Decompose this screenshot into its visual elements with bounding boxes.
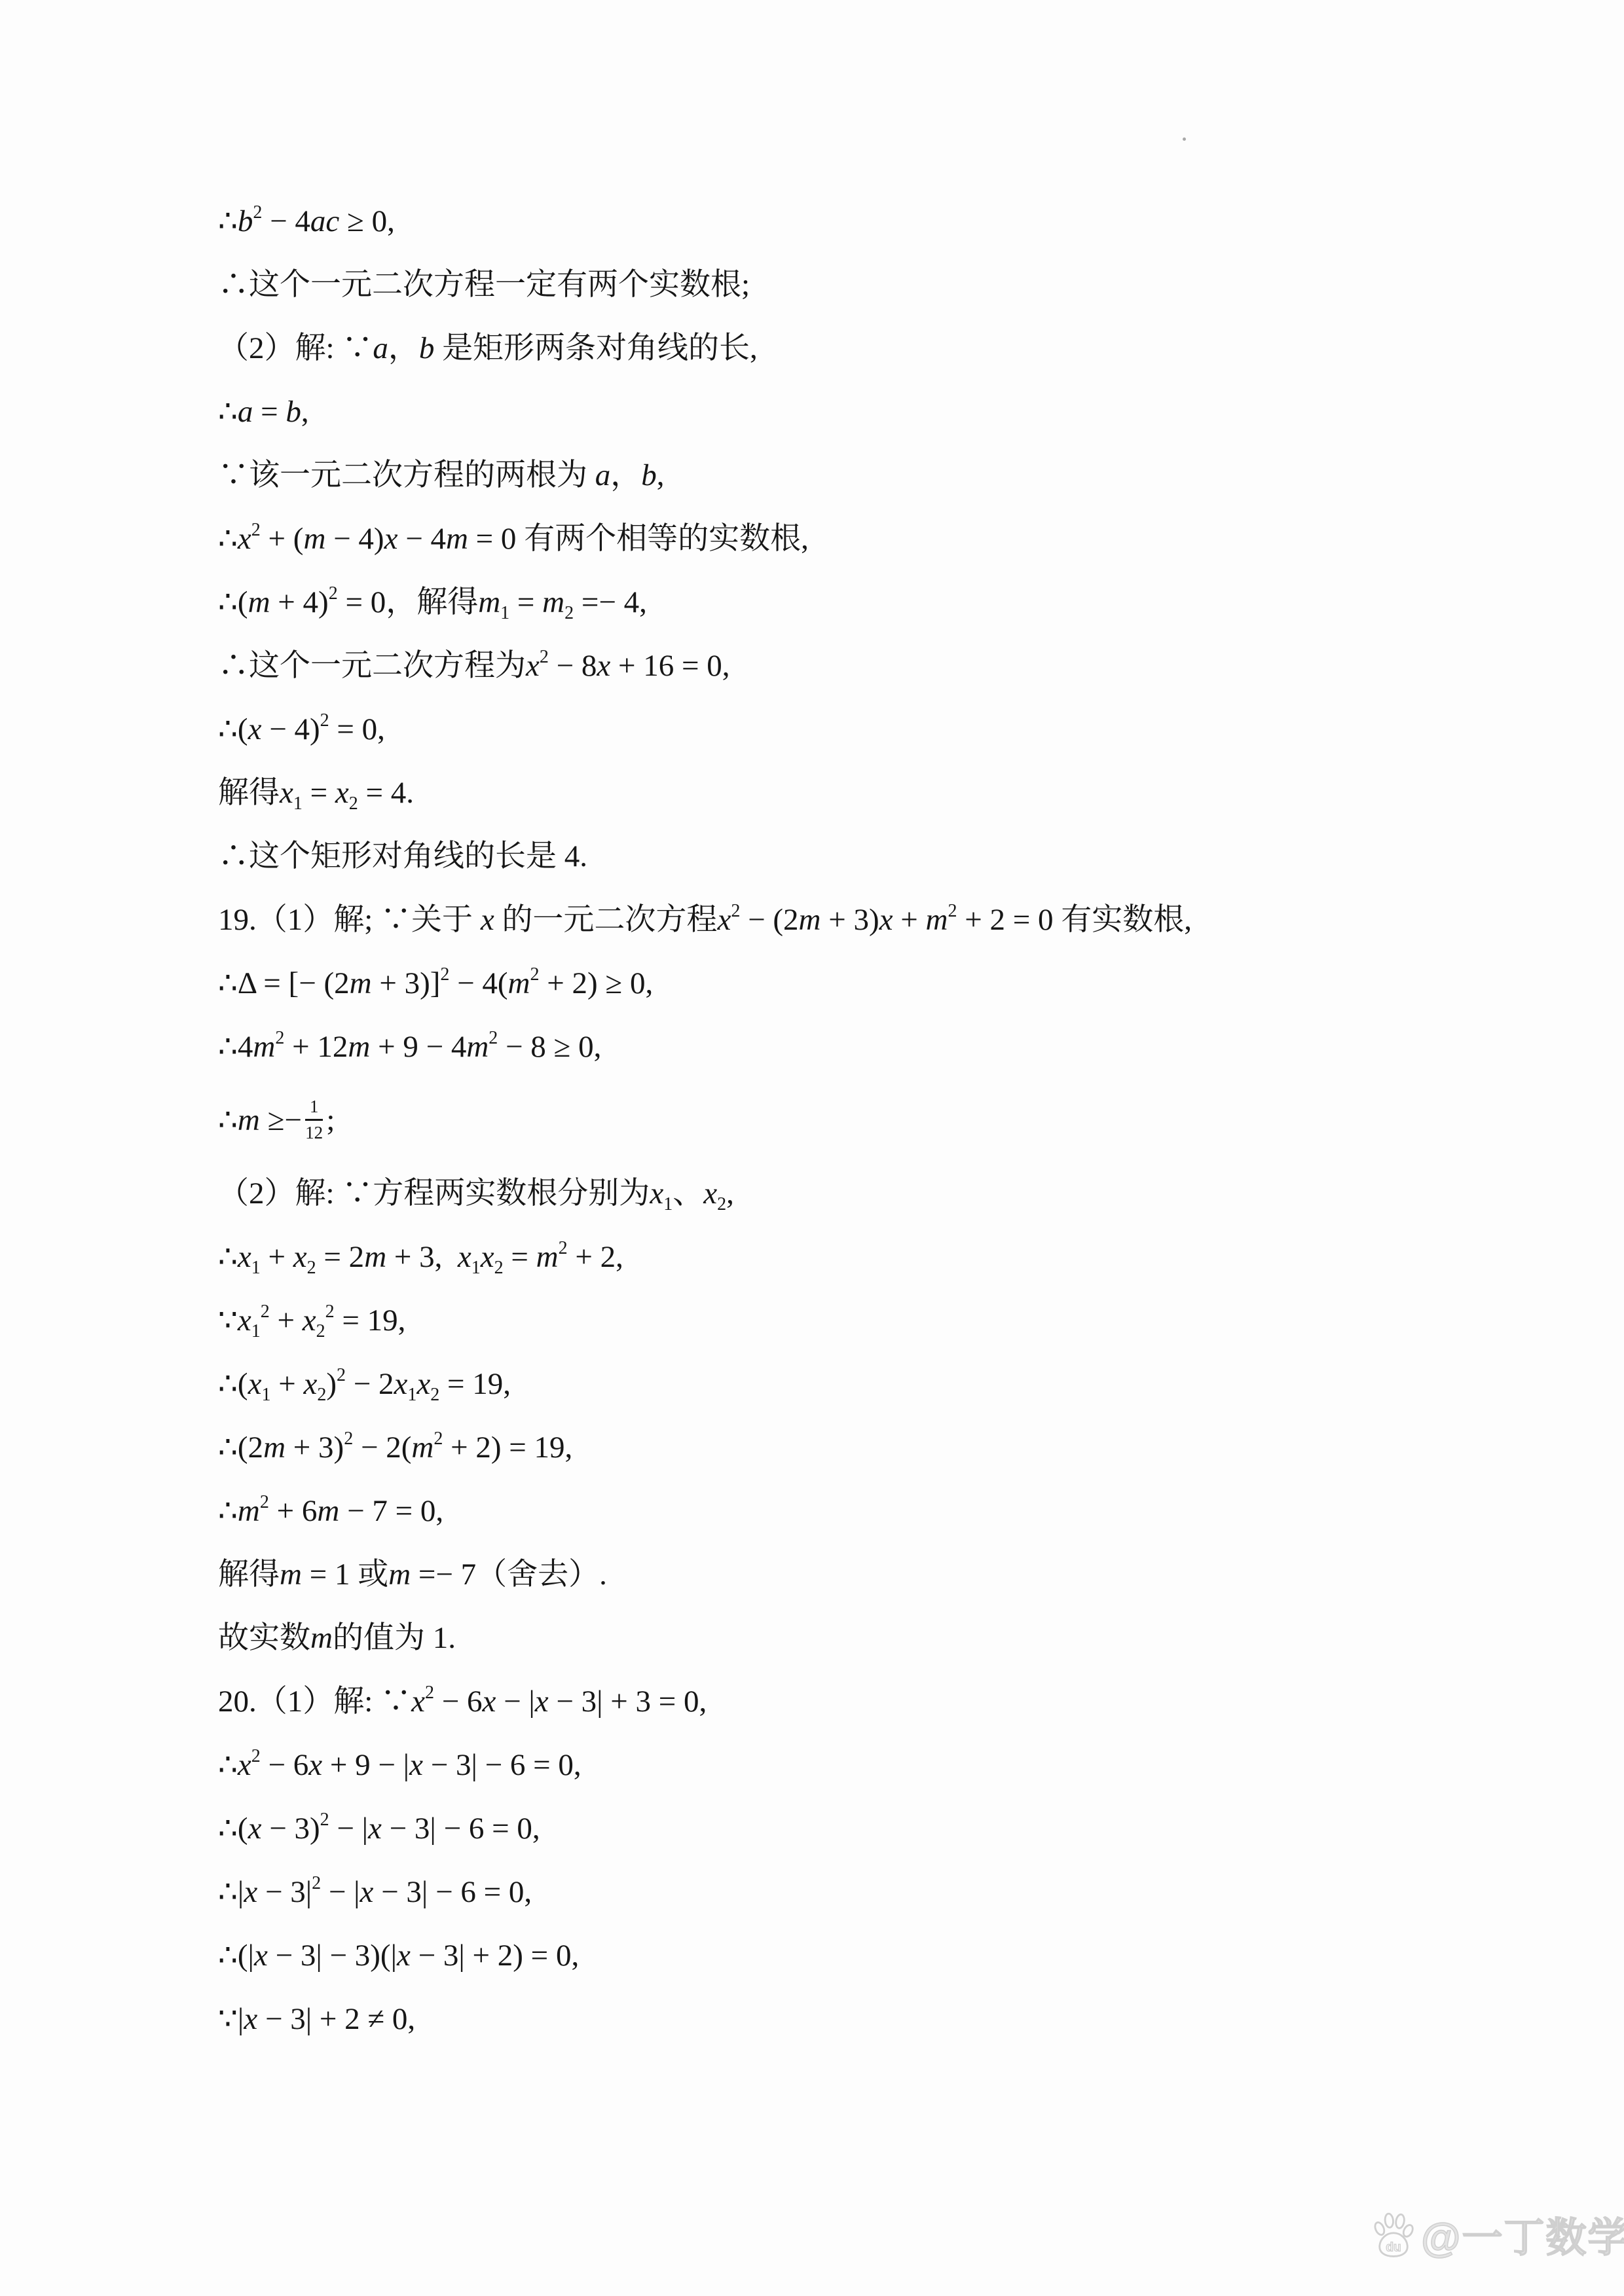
formula-segment: =− 4,	[574, 585, 647, 619]
formula-segment: ∴	[218, 1240, 238, 1274]
formula-segment: 2	[559, 1238, 568, 1258]
formula-segment: b	[419, 331, 435, 365]
document-page: ∴b2 − 4ac ≥ 0,∴这个一元二次方程一定有两个实数根;（2）解: ∵a…	[0, 0, 1624, 2296]
formula-segment: + 3)]	[372, 966, 441, 1000]
formula-segment: = 19,	[439, 1367, 511, 1401]
formula-segment: 2	[251, 1746, 261, 1766]
formula-segment: m	[466, 1030, 489, 1064]
formula-segment: a	[238, 395, 253, 429]
formula-line: ∴x2 + (m − 4)x − 4m = 0 有两个相等的实数根,	[218, 507, 1572, 571]
formula-segment: ∴	[218, 1494, 238, 1528]
formula-segment: =	[303, 776, 335, 810]
formula-segment: = 0，解得	[338, 585, 479, 619]
formula-segment: x	[238, 1748, 251, 1782]
formula-segment: ,	[657, 458, 665, 492]
formula-segment: m	[926, 903, 948, 937]
formula-segment: 2	[489, 1028, 498, 1048]
formula-segment: 2	[325, 1302, 335, 1322]
formula-segment: 2	[344, 1429, 353, 1449]
formula-segment: ∴	[218, 522, 238, 556]
formula-segment: x	[368, 1812, 382, 1846]
formula-segment: m	[508, 966, 530, 1000]
formula-segment: x	[335, 776, 349, 810]
formula-segment: + 16 = 0,	[610, 649, 729, 683]
formula-segment: 、	[673, 1176, 703, 1211]
formula-segment: 2	[494, 1258, 504, 1278]
formula-segment: 1	[251, 1258, 261, 1278]
formula-segment: x	[535, 1685, 549, 1719]
formula-segment: − 8 ≥ 0,	[498, 1030, 601, 1064]
formula-segment: − |	[321, 1875, 360, 1909]
formula-line: ∴(2m + 3)2 − 2(m2 + 2) = 19,	[218, 1416, 1572, 1480]
formula-segment: = 0 有两个相等的实数根,	[468, 522, 809, 556]
formula-segment: = 2	[316, 1240, 365, 1274]
formula-segment: ;	[326, 1103, 335, 1137]
formula-segment: = 19,	[335, 1303, 406, 1338]
formula-segment: ∴这个一元二次方程为	[218, 649, 526, 683]
formula-segment: 2	[316, 1321, 325, 1341]
formula-segment: x	[303, 1303, 316, 1338]
formula-segment: x	[394, 1367, 408, 1401]
formula-segment: m	[348, 1030, 370, 1064]
formula-line: ∴(m + 4)2 = 0，解得m1 = m2 =− 4,	[218, 571, 1572, 634]
formula-segment: 2	[307, 1258, 316, 1278]
formula-segment: )	[326, 1367, 337, 1401]
formula-segment: ∴(2	[218, 1430, 263, 1465]
formula-segment: − 8	[549, 649, 597, 683]
formula-segment: ∴(	[218, 1812, 248, 1846]
formula-segment: + 12	[284, 1030, 348, 1064]
formula-segment: + 2) ≥ 0,	[540, 966, 654, 1000]
formula-segment: m	[263, 1430, 286, 1465]
formula-segment: +	[893, 903, 925, 937]
formula-segment: x	[526, 649, 540, 683]
formula-segment: x	[703, 1176, 717, 1211]
formula-segment: 解得	[218, 1558, 280, 1592]
formula-segment: m	[280, 1558, 302, 1592]
formula-segment: x	[482, 1685, 496, 1719]
formula-segment: ∴4	[218, 1030, 253, 1064]
formula-segment: − 6	[434, 1685, 483, 1719]
formula-segment: x	[254, 1939, 268, 1973]
formula-segment: 1	[407, 1385, 416, 1405]
formula-segment: m	[350, 966, 372, 1000]
formula-segment: + 2 = 0 有实数根,	[957, 903, 1192, 937]
formula-segment: 1	[261, 1385, 270, 1405]
formula-segment: − 3| − 6 = 0,	[423, 1748, 581, 1782]
formula-segment: x	[248, 1812, 262, 1846]
formula-segment: =	[509, 585, 542, 619]
formula-segment: 的值为 1.	[333, 1621, 456, 1655]
formula-segment: x	[879, 903, 893, 937]
formula-segment: x	[248, 1367, 262, 1401]
formula-segment: ∴	[218, 1748, 238, 1782]
formula-segment: a	[373, 331, 388, 365]
formula-segment: + 2,	[568, 1240, 623, 1274]
formula-segment: − 4(	[449, 966, 507, 1000]
formula-segment: ∴(	[218, 1367, 248, 1401]
solution-text: ∴b2 − 4ac ≥ 0,∴这个一元二次方程一定有两个实数根;（2）解: ∵a…	[218, 190, 1572, 2051]
formula-segment: +	[270, 1303, 303, 1338]
formula-line: ∴Δ = [− (2m + 3)]2 − 4(m2 + 2) ≥ 0,	[218, 952, 1572, 1015]
formula-segment: ≥ 0,	[339, 204, 395, 238]
formula-segment: 2	[425, 1683, 434, 1703]
formula-segment: 2	[440, 964, 449, 985]
formula-segment: ∵该一元二次方程的两根为	[218, 458, 595, 492]
formula-line: ∴m2 + 6m − 7 = 0,	[218, 1480, 1572, 1543]
formula-segment: − (2	[740, 903, 798, 937]
formula-segment: − 4	[397, 522, 446, 556]
formula-segment: ∵	[218, 1303, 238, 1338]
formula-segment: + (	[261, 522, 304, 556]
formula-segment: m	[248, 585, 270, 619]
baidu-paw-icon: du	[1370, 2209, 1417, 2260]
formula-segment: − 3| + 2) = 0,	[411, 1939, 579, 1973]
formula-line: ∴这个一元二次方程一定有两个实数根;	[218, 253, 1572, 317]
formula-segment: x	[717, 903, 731, 937]
formula-segment: x	[308, 1748, 322, 1782]
formula-segment: + 3)	[286, 1430, 344, 1465]
formula-segment: 2	[434, 1429, 443, 1449]
formula-segment: m	[542, 585, 564, 619]
formula-segment: =	[253, 395, 286, 429]
formula-segment: 2	[530, 964, 540, 985]
formula-segment: 2	[731, 901, 740, 921]
formula-segment: 的一元二次方程	[494, 903, 718, 937]
formula-segment: 2	[320, 1810, 329, 1830]
formula-segment: − 3|	[257, 1875, 312, 1909]
formula-line: ∴x1 + x2 = 2m + 3, x1x2 = m2 + 2,	[218, 1226, 1572, 1289]
formula-segment: x	[238, 1303, 251, 1338]
formula-segment: x	[411, 1685, 425, 1719]
formula-segment: x	[244, 1875, 257, 1909]
formula-line: ∴(x1 + x2)2 − 2x1x2 = 19,	[218, 1353, 1572, 1416]
formula-segment: （2）解: ∵	[218, 331, 373, 365]
formula-segment: 2	[349, 793, 358, 814]
formula-line: ∴这个矩形对角线的长是 4.	[218, 825, 1572, 888]
formula-segment: x	[238, 1240, 251, 1274]
formula-segment: ac	[310, 204, 339, 238]
formula-segment: 2	[329, 583, 338, 604]
formula-segment: x	[248, 712, 262, 746]
formula-segment: ,	[301, 395, 309, 429]
formula-segment: x	[360, 1875, 374, 1909]
formula-line: 19.（1）解; ∵关于 x 的一元二次方程x2 − (2m + 3)x + m…	[218, 888, 1572, 952]
formula-segment: + 2) = 19,	[443, 1430, 572, 1465]
paw-icon-label: du	[1386, 2240, 1401, 2254]
formula-segment: 2	[430, 1385, 439, 1405]
formula-segment: 1	[293, 793, 303, 814]
formula-segment: x	[481, 1240, 494, 1274]
formula-segment: 2	[564, 603, 574, 623]
formula-line: ∴x2 − 6x + 9 − |x − 3| − 6 = 0,	[218, 1734, 1572, 1797]
formula-segment: + 6	[269, 1494, 318, 1528]
formula-segment: 19.（1）解; ∵关于	[218, 903, 481, 937]
formula-segment: m	[536, 1240, 559, 1274]
formula-segment: +	[261, 1240, 293, 1274]
formula-segment: a	[595, 458, 611, 492]
formula-segment: +	[270, 1367, 303, 1401]
formula-segment: ∴这个矩形对角线的长是 4.	[218, 839, 587, 873]
formula-segment: x	[244, 2002, 257, 2036]
formula-segment: ,	[726, 1176, 734, 1211]
formula-segment: ∴(	[218, 585, 248, 619]
formula-segment: m	[253, 1030, 275, 1064]
formula-segment: + 4)	[270, 585, 329, 619]
formula-line: 解得m = 1 或m =− 7（舍去）.	[218, 1543, 1572, 1607]
formula-segment: x	[397, 1939, 411, 1973]
formula-segment: ∴这个一元二次方程一定有两个实数根;	[218, 268, 750, 302]
formula-line: ∵该一元二次方程的两根为 a，b,	[218, 444, 1572, 507]
formula-segment: ∴Δ = [− (2	[218, 966, 350, 1000]
formula-segment: x	[238, 522, 251, 556]
formula-segment: m	[388, 1558, 411, 1592]
fraction-denominator: 12	[305, 1121, 323, 1143]
formula-segment: ，	[388, 331, 419, 365]
formula-segment: 1	[471, 1258, 481, 1278]
formula-segment: 2	[261, 1302, 270, 1322]
formula-segment: x	[384, 522, 398, 556]
formula-segment: m	[446, 522, 468, 556]
formula-segment: − 4)	[261, 712, 320, 746]
formula-segment: （2）解: ∵方程两实数根分别为	[218, 1176, 650, 1211]
formula-segment: b	[286, 395, 301, 429]
formula-segment: 1	[500, 603, 509, 623]
formula-segment: 2	[253, 202, 262, 223]
formula-segment: 2	[260, 1492, 269, 1512]
formula-segment: 1	[663, 1194, 673, 1214]
formula-segment: m	[303, 522, 325, 556]
formula-segment: ≥−	[260, 1103, 302, 1137]
formula-segment: 2	[337, 1365, 346, 1385]
formula-line: （2）解: ∵方程两实数根分别为x1、x2,	[218, 1162, 1572, 1226]
formula-segment: b	[238, 204, 253, 238]
formula-line: ∴(x − 3)2 − |x − 3| − 6 = 0,	[218, 1797, 1572, 1861]
formula-segment: =	[504, 1240, 536, 1274]
formula-segment: x	[650, 1176, 663, 1211]
formula-segment: = 4.	[358, 776, 414, 810]
formula-segment: 故实数	[218, 1621, 310, 1655]
formula-segment: x	[481, 903, 494, 937]
formula-segment: b	[641, 458, 657, 492]
formula-segment: m	[364, 1240, 386, 1274]
formula-segment: − |	[329, 1812, 368, 1846]
formula-line: （2）解: ∵a，b 是矩形两条对角线的长,	[218, 317, 1572, 380]
formula-segment: − 3| − 6 = 0,	[382, 1812, 540, 1846]
formula-segment: − 4	[262, 204, 310, 238]
formula-line: ∴4m2 + 12m + 9 − 4m2 − 8 ≥ 0,	[218, 1015, 1572, 1079]
formula-line: ∵|x − 3| + 2 ≠ 0,	[218, 1988, 1572, 2051]
formula-segment: − 2	[346, 1367, 394, 1401]
formula-segment: ∴(	[218, 712, 248, 746]
formula-segment: =− 7（舍去）.	[411, 1558, 607, 1592]
formula-segment: − 6	[261, 1748, 309, 1782]
formula-segment: x	[409, 1748, 423, 1782]
formula-segment: m	[411, 1430, 434, 1465]
formula-segment: x	[416, 1367, 430, 1401]
formula-segment: + 9 − |	[322, 1748, 409, 1782]
formula-segment: − |	[496, 1685, 534, 1719]
formula-segment: x	[293, 1240, 307, 1274]
formula-segment: ，	[610, 458, 641, 492]
formula-segment: − 3| + 2 ≠ 0,	[257, 2002, 415, 2036]
formula-segment: = 0,	[329, 712, 385, 746]
formula-segment: m	[310, 1621, 333, 1655]
formula-segment: + 3)	[821, 903, 879, 937]
formula-line: ∵x12 + x22 = 19,	[218, 1289, 1572, 1353]
formula-segment: = 1 或	[302, 1558, 388, 1592]
formula-segment: 1	[251, 1321, 261, 1341]
formula-segment: x	[280, 776, 293, 810]
formula-segment: 2	[540, 647, 549, 667]
formula-segment: 20.（1）解: ∵	[218, 1685, 411, 1719]
fraction-numerator: 1	[305, 1097, 323, 1121]
formula-line: 解得x1 = x2 = 4.	[218, 761, 1572, 825]
formula-segment: x	[458, 1240, 471, 1274]
formula-segment: m	[478, 585, 500, 619]
formula-line: 20.（1）解: ∵x2 − 6x − |x − 3| + 3 = 0,	[218, 1670, 1572, 1734]
formula-segment: ∴	[218, 204, 238, 238]
formula-segment: − 4)	[325, 522, 384, 556]
watermark: du @一丁数学	[1370, 2205, 1624, 2263]
formula-line: ∴这个一元二次方程为x2 − 8x + 16 = 0,	[218, 634, 1572, 698]
formula-line: ∴b2 − 4ac ≥ 0,	[218, 190, 1572, 253]
page-speck	[1183, 137, 1186, 141]
formula-segment: 2	[717, 1194, 726, 1214]
formula-segment: m	[238, 1494, 260, 1528]
formula-segment: − 3| − 3)(|	[268, 1939, 397, 1973]
fraction: 112	[305, 1097, 323, 1143]
formula-segment: 2	[275, 1028, 284, 1048]
formula-segment: 2	[948, 901, 957, 921]
formula-segment: ∴|	[218, 1875, 244, 1909]
formula-segment: − 3| + 3 = 0,	[549, 1685, 707, 1719]
formula-segment: 2	[320, 710, 329, 731]
watermark-text: @一丁数学	[1421, 2205, 1624, 2263]
formula-segment: m	[238, 1103, 260, 1137]
formula-segment: 是矩形两条对角线的长,	[434, 331, 758, 365]
formula-segment: 2	[251, 520, 261, 540]
formula-segment: x	[597, 649, 610, 683]
formula-line: ∴|x − 3|2 − |x − 3| − 6 = 0,	[218, 1861, 1572, 1924]
formula-segment: 解得	[218, 776, 280, 810]
formula-line: ∴a = b,	[218, 380, 1572, 444]
formula-line: 故实数m的值为 1.	[218, 1607, 1572, 1670]
formula-segment: m	[798, 903, 821, 937]
formula-segment: + 3,	[386, 1240, 458, 1274]
formula-segment: 2	[317, 1385, 326, 1405]
formula-segment: ∵|	[218, 2002, 244, 2036]
formula-segment: − 3| − 6 = 0,	[373, 1875, 532, 1909]
formula-line: ∴m ≥−112;	[218, 1079, 1572, 1162]
formula-segment: − 7 = 0,	[339, 1494, 443, 1528]
formula-segment: − 3)	[261, 1812, 320, 1846]
formula-segment: + 9 − 4	[370, 1030, 466, 1064]
formula-segment: ∴	[218, 395, 238, 429]
formula-line: ∴(|x − 3| − 3)(|x − 3| + 2) = 0,	[218, 1924, 1572, 1988]
formula-segment: − 2(	[353, 1430, 411, 1465]
formula-line: ∴(x − 4)2 = 0,	[218, 698, 1572, 761]
formula-segment: ∴(|	[218, 1939, 254, 1973]
formula-segment: x	[303, 1367, 317, 1401]
formula-segment: 2	[312, 1873, 321, 1893]
formula-segment: m	[317, 1494, 339, 1528]
formula-segment: ∴	[218, 1103, 238, 1137]
